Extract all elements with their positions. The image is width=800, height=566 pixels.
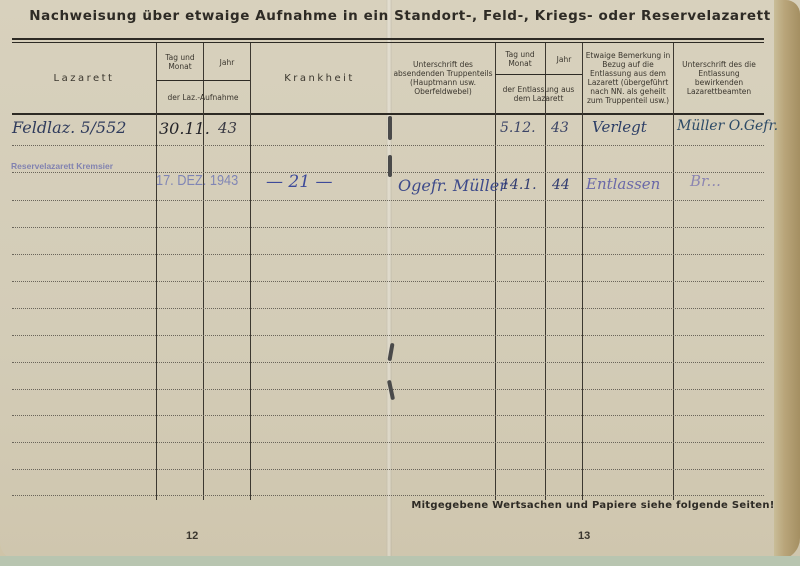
header-top-rule: [12, 38, 764, 40]
entry-1-admission-day-month: 30.11.: [159, 119, 210, 138]
row-line: [12, 442, 764, 443]
row-line: [12, 227, 764, 228]
entry-2-official-signature: Br...: [690, 172, 721, 190]
entry-2-lazarett-stamp: Reservelazarett Kremsier: [11, 161, 113, 171]
entry-2-admission-date-stamp: 17. DEZ. 1943: [156, 172, 238, 189]
row-line: [12, 254, 764, 255]
header-remarks: Etwaige Bemerkung in Bezug auf die Entla…: [583, 43, 673, 113]
row-line: [12, 200, 764, 201]
entry-2-discharge-day-month: 14.1.: [501, 177, 537, 193]
background-surface: [0, 556, 800, 566]
header-admission-year: Jahr: [204, 45, 250, 79]
staple-icon: [388, 116, 392, 140]
col-divider: [673, 43, 674, 500]
entry-2-remarks: Entlassen: [586, 175, 660, 193]
header-discharge-year: Jahr: [546, 45, 582, 73]
entry-2-sending-unit-signature: Ogefr. Müller: [398, 176, 507, 195]
passbook-spread: Nachweisung über etwaige Aufnahme in ein…: [0, 0, 800, 560]
header-discharge-day-month: Tag und Monat: [496, 45, 544, 73]
row-line: [12, 281, 764, 282]
subheader-rule: [156, 80, 250, 81]
staple-icon: [388, 155, 392, 177]
row-line: [12, 335, 764, 336]
entry-1-admission-year: 43: [218, 119, 237, 137]
header-discharge-caption: der Entlassung aus dem Lazarett: [495, 76, 582, 112]
row-line: [12, 308, 764, 309]
header-sending-unit-signature: Unterschrift des absendenden Truppenteil…: [392, 45, 494, 111]
entry-2-illness: — 21 —: [266, 172, 332, 192]
row-line: [12, 495, 764, 496]
entry-1-lazarett: Feldlaz. 5/552: [12, 118, 126, 137]
header-illness: Krankheit: [251, 43, 388, 113]
entry-1-discharge-day-month: 5.12.: [500, 120, 536, 136]
row-line: [12, 469, 764, 470]
entry-1-official-signature: Müller O.Gefr.: [677, 118, 778, 134]
footer-note: Mitgegebene Wertsachen und Papiere siehe…: [408, 500, 778, 511]
header-admission-caption: der Laz.-Aufnahme: [156, 82, 250, 112]
cover-edge: [774, 0, 800, 560]
row-line: [12, 415, 764, 416]
page-number-left: 12: [186, 530, 198, 542]
header-discharge-official-signature: Unterschrift des die Entlassung bewirken…: [676, 45, 762, 111]
header-bottom-rule: [12, 113, 764, 115]
page-number-right: 13: [578, 530, 590, 542]
entry-1-remarks: Verlegt: [592, 118, 647, 136]
header-admission-day-month: Tag und Monat: [158, 45, 202, 79]
header-lazarett: Lazarett: [12, 43, 156, 113]
entry-2-discharge-year: 44: [552, 177, 570, 193]
entry-1-discharge-year: 43: [551, 120, 569, 136]
page-title: Nachweisung über etwaige Aufnahme in ein…: [0, 8, 800, 24]
row-line: [12, 362, 764, 363]
subheader-rule: [495, 74, 582, 75]
row-line: [12, 145, 764, 146]
